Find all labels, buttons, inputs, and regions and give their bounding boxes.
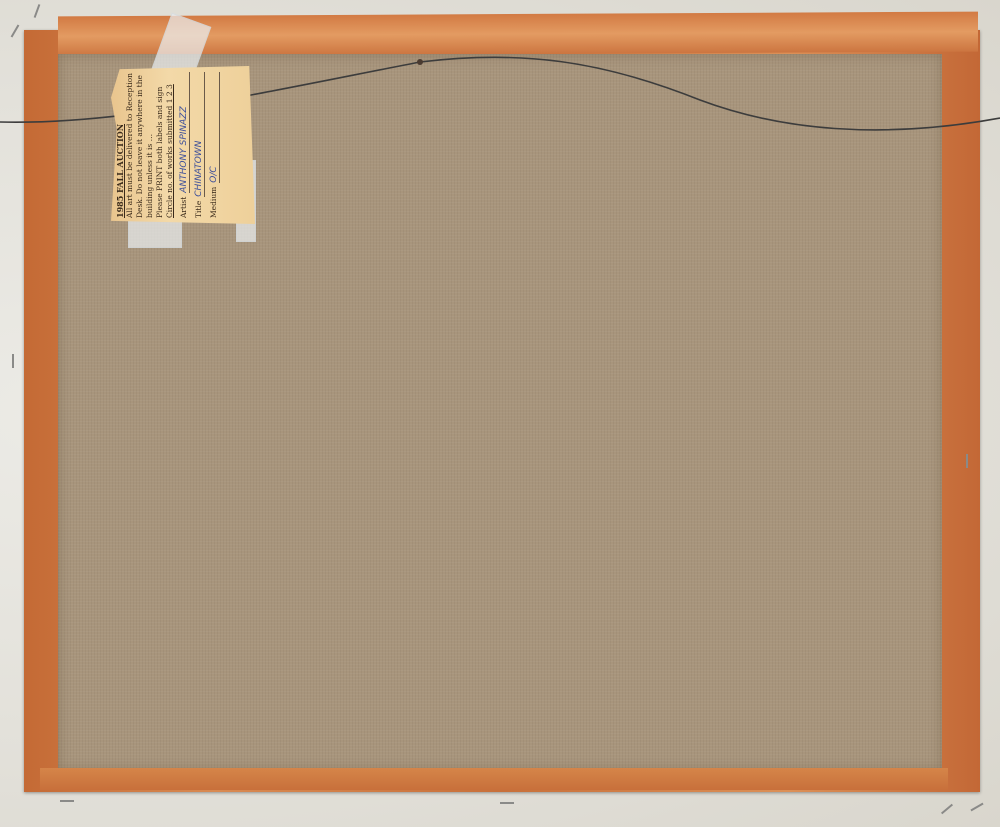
label-works-submitted: Circle no. of works submitted 1 2 3 [165, 72, 175, 218]
label-field-title: Title CHINATOWN [194, 72, 205, 218]
label-heading: 1985 FALL AUCTION [115, 72, 125, 218]
label-field-medium: Medium O/C [209, 72, 220, 218]
label-field-name: Title [194, 201, 204, 218]
stretcher-bottom-bar [40, 768, 948, 790]
label-field-value: ANTHONY SPINAZZ [179, 72, 190, 193]
staple [966, 454, 968, 468]
label-field-value: CHINATOWN [194, 72, 205, 197]
label-field-name: Artist [179, 197, 189, 218]
staple [500, 802, 514, 804]
staple [12, 354, 14, 368]
label-field-artist: Artist ANTHONY SPINAZZ [179, 72, 190, 218]
label-print-note: Please PRINT both labels and sign [155, 72, 165, 218]
label-field-name: Medium [209, 187, 219, 218]
auction-label: 1985 FALL AUCTION All art must be delive… [111, 66, 255, 224]
label-instructions: All art must be delivered to Reception D… [125, 72, 155, 218]
staple [60, 800, 74, 802]
label-field-value: O/C [209, 72, 220, 183]
